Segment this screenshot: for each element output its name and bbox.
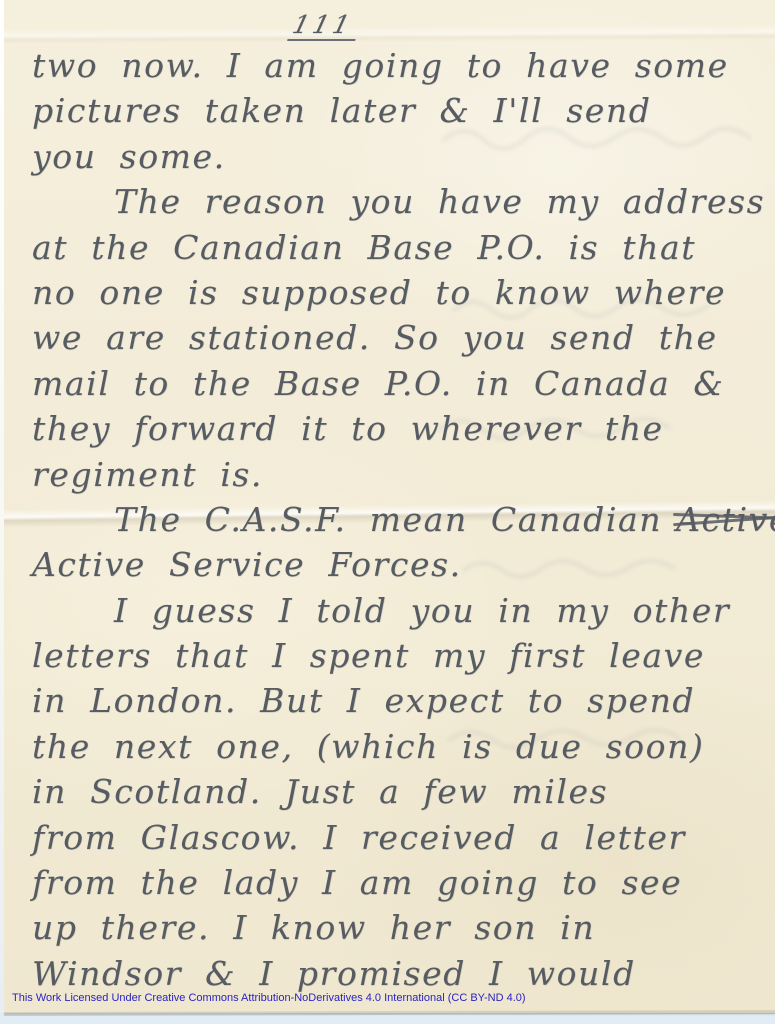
letter-line: pictures taken later & I'll send [32,91,775,136]
letter-line: The C.A.S.F. mean CanadianActive [32,500,775,545]
letter-line: from Glascow. I received a letter [32,818,775,863]
letter-line: from the lady I am going to see [32,863,775,908]
top-fold-crease [4,24,775,44]
letter-body: two now. I am going to have some picture… [32,46,775,999]
letter-line: mail to the Base P.O. in Canada & [32,364,775,409]
strikethrough-word: Active [676,500,775,539]
scanned-letter-page: 111 two now. I am going to have some pic… [0,0,775,1024]
letter-line: I guess I told you in my other [32,591,775,636]
letter-paper: 111 two now. I am going to have some pic… [4,0,775,1013]
letter-line: no one is supposed to know where [32,273,775,318]
license-notice: This Work Licensed Under Creative Common… [12,992,526,1004]
letter-line: up there. I know her son in [32,908,775,953]
letter-line: you some. [32,137,775,182]
scanner-left-edge [0,0,4,1013]
letter-line: The reason you have my address [32,182,775,227]
letter-line: two now. I am going to have some [32,46,775,91]
letter-line: letters that I spent my first leave [32,636,775,681]
letter-line: they forward it to wherever the [32,409,775,454]
letter-line-text: The C.A.S.F. mean Canadian [114,500,662,539]
letter-line: the next one, (which is due soon) [32,727,775,772]
letter-line: at the Canadian Base P.O. is that [32,228,775,273]
letter-line: in Scotland. Just a few miles [32,772,775,817]
page-number-mark: 111 [287,10,362,41]
letter-line: in London. But I expect to spend [32,681,775,726]
paper-bottom-edge-shadow [4,1010,775,1016]
letter-line: Active Service Forces. [32,545,775,590]
letter-line: we are stationed. So you send the [32,318,775,363]
letter-line: regiment is. [32,455,775,500]
